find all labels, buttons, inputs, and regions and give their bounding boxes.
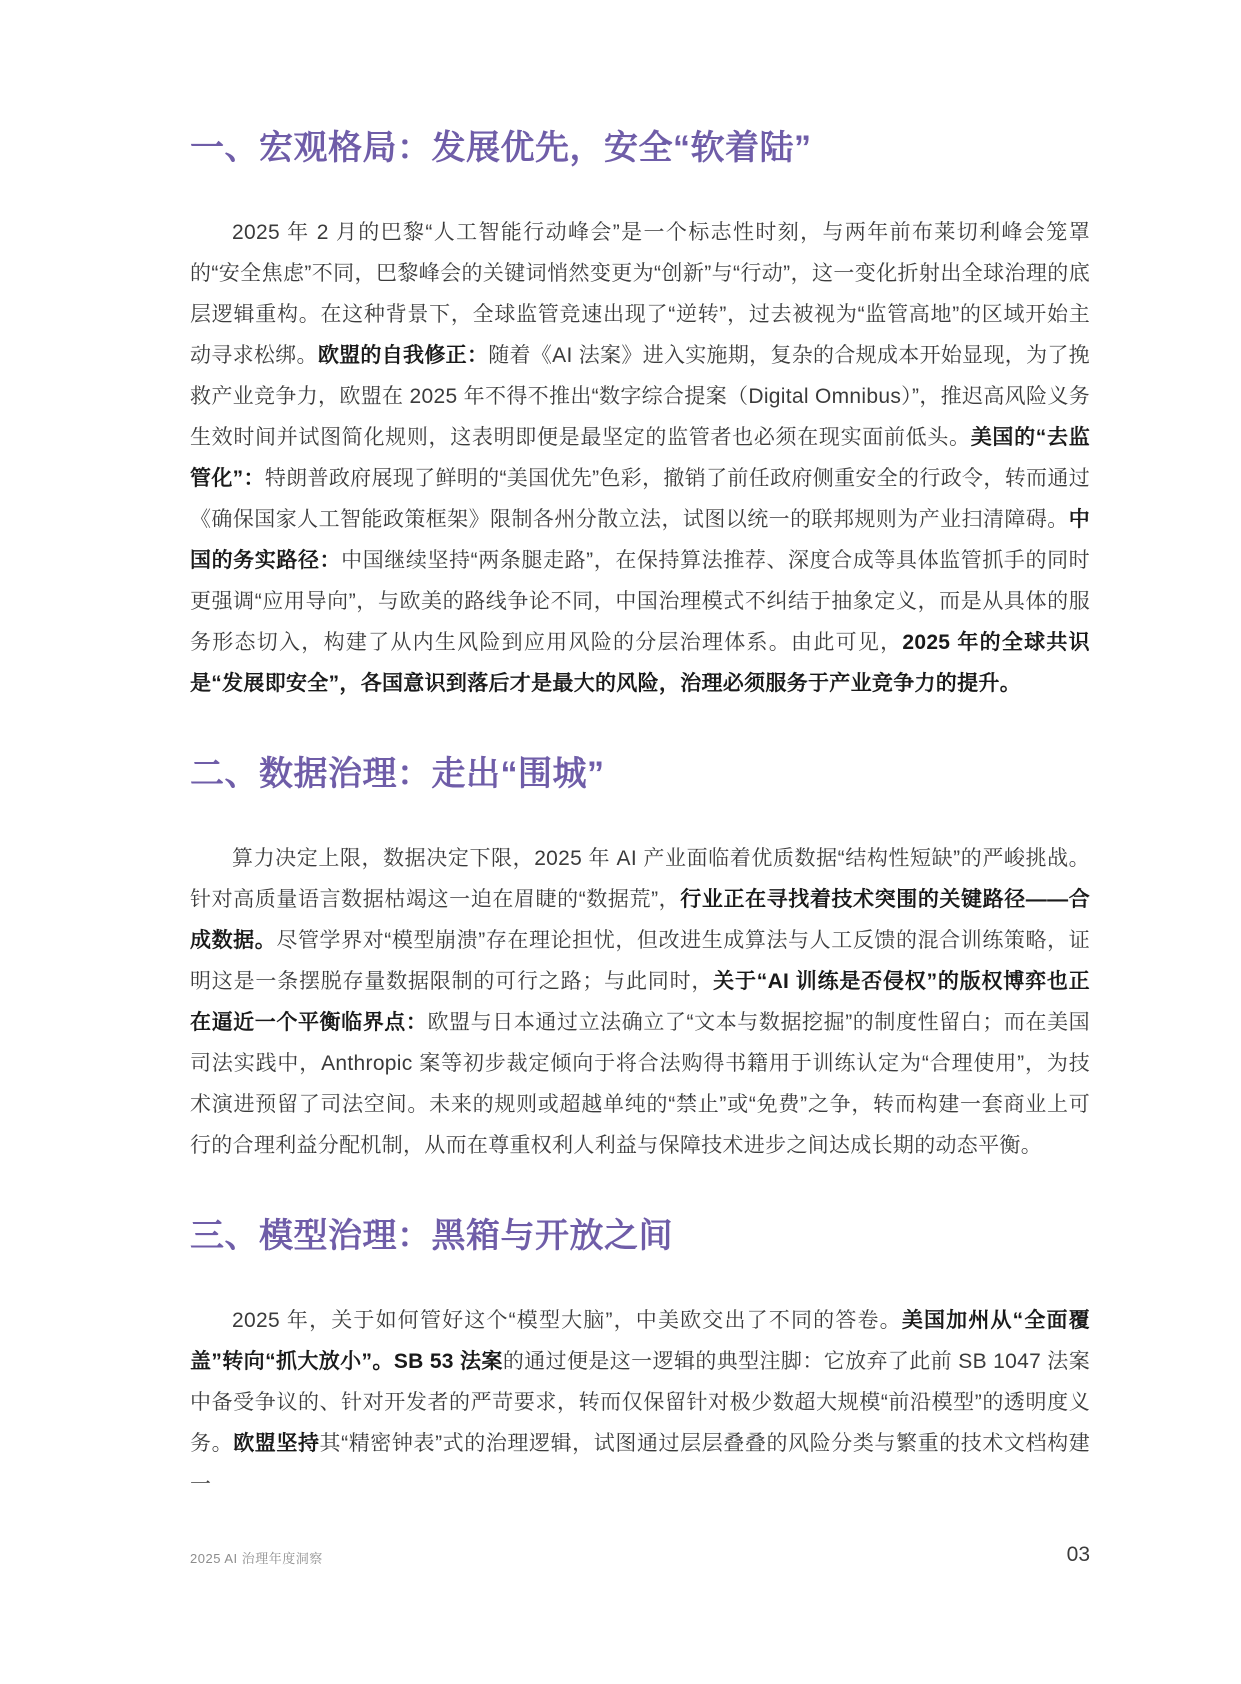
section-heading-2: 二、数据治理：走出“围城” [190, 752, 1090, 796]
footer-page-number: 03 [1067, 1543, 1090, 1567]
document-page: 一、宏观格局：发展优先，安全“软着陆” 2025 年 2 月的巴黎“人工智能行动… [0, 0, 1241, 1684]
section-heading-3: 三、模型治理：黑箱与开放之间 [190, 1214, 1090, 1258]
document-content: 一、宏观格局：发展优先，安全“软着陆” 2025 年 2 月的巴黎“人工智能行动… [190, 0, 1090, 1505]
section-3-paragraph: 2025 年，关于如何管好这个“模型大脑”，中美欧交出了不同的答卷。美国加州从“… [190, 1300, 1090, 1505]
section-2-paragraph: 算力决定上限，数据决定下限，2025 年 AI 产业面临着优质数据“结构性短缺”… [190, 838, 1090, 1166]
section-1-paragraph: 2025 年 2 月的巴黎“人工智能行动峰会”是一个标志性时刻，与两年前布莱切利… [190, 212, 1090, 704]
footer-report-title: 2025 AI 治理年度洞察 [190, 1548, 323, 1567]
section-heading-1: 一、宏观格局：发展优先，安全“软着陆” [190, 126, 1090, 170]
section-macro-landscape: 一、宏观格局：发展优先，安全“软着陆” 2025 年 2 月的巴黎“人工智能行动… [190, 126, 1090, 704]
section-data-governance: 二、数据治理：走出“围城” 算力决定上限，数据决定下限，2025 年 AI 产业… [190, 752, 1090, 1166]
section-model-governance: 三、模型治理：黑箱与开放之间 2025 年，关于如何管好这个“模型大脑”，中美欧… [190, 1214, 1090, 1505]
